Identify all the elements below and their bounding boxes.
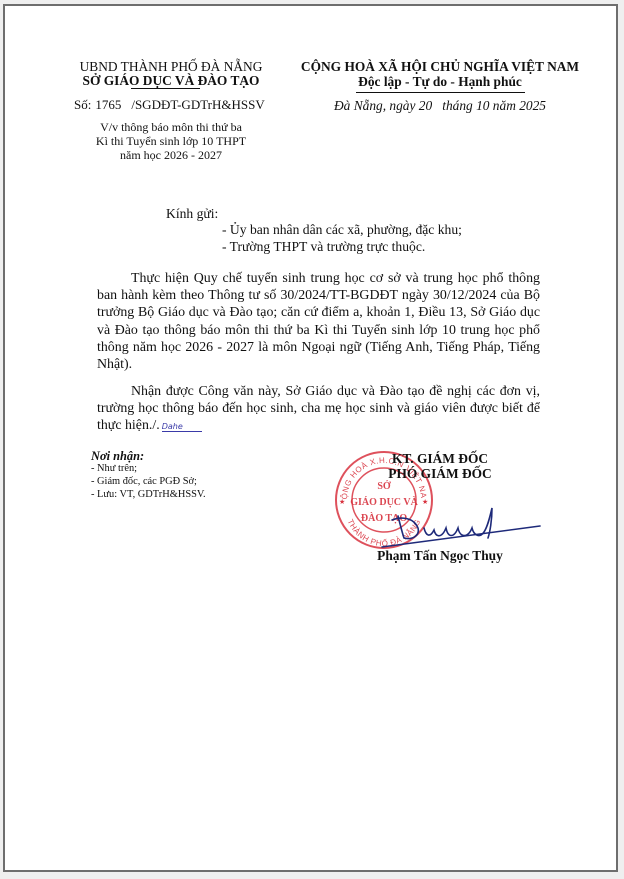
subject-line: Kì thi Tuyển sinh lớp 10 THPT <box>60 134 282 148</box>
receiver-item: - Như trên; <box>91 463 137 474</box>
national-title: CỘNG HOÀ XÃ HỘI CHỦ NGHĨA VIỆT NAM <box>290 59 590 75</box>
receiver-item: - Giám đốc, các PGĐ Sở; <box>91 476 197 487</box>
recipient-item: - Trường THPT và trường trực thuộc. <box>222 239 425 255</box>
place-date: Đà Nẵng, ngày 20 tháng 10 năm 2025 <box>290 98 590 114</box>
subject-line: năm học 2026 - 2027 <box>60 148 282 162</box>
doc-number-value: 1765 <box>95 97 121 112</box>
handwritten-signature-icon <box>380 498 550 548</box>
recipient-item: - Ủy ban nhân dân các xã, phường, đặc kh… <box>222 222 462 238</box>
receiver-item: - Lưu: VT, GDTrH&HSSV. <box>91 489 206 500</box>
salutation: Kính gửi: <box>166 206 218 222</box>
signatory-title: PHÓ GIÁM ĐỐC <box>340 466 540 482</box>
motto-underline <box>356 92 525 93</box>
document-subject: V/v thông báo môn thi thứ ba Kì thi Tuyể… <box>60 120 282 162</box>
doc-code: /SGDĐT-GDTrH&HSSV <box>131 97 264 112</box>
signatory-capacity: KT. GIÁM ĐỐC <box>340 451 540 467</box>
svg-text:★: ★ <box>339 498 345 506</box>
subject-line: V/v thông báo môn thi thứ ba <box>60 120 282 134</box>
receivers-title: Nơi nhận: <box>91 449 144 464</box>
department-underline <box>131 88 200 89</box>
paragraph-text: Thực hiện Quy chế tuyển sinh trung học c… <box>97 271 540 372</box>
document-number: Số:1765/SGDĐT-GDTrH&HSSV <box>74 97 265 113</box>
body-paragraph: Thực hiện Quy chế tuyển sinh trung học c… <box>97 270 540 373</box>
national-motto: Độc lập - Tự do - Hạnh phúc <box>290 74 590 90</box>
body-paragraph: Nhận được Công văn này, Sở Giáo dục và Đ… <box>97 383 540 435</box>
doc-number-label: Số: <box>74 97 91 112</box>
signer-name: Phạm Tấn Ngọc Thụy <box>340 548 540 564</box>
handwritten-initials: Dahe <box>162 422 202 432</box>
issuing-department: SỞ GIÁO DỤC VÀ ĐÀO TẠO <box>60 73 282 89</box>
